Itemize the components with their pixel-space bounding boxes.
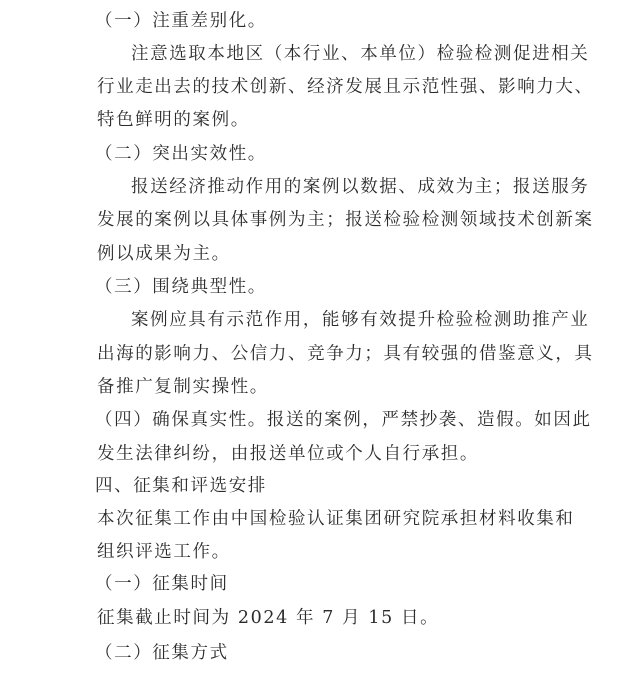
subsection-heading-collection-time: （一）征集时间 bbox=[95, 572, 229, 596]
paragraph-line: 报送经济推动作用的案例以数据、成效为主；报送服务 bbox=[131, 175, 589, 199]
paragraph-line: 行业走出去的技术创新、经济发展且示范性强、影响力大、 bbox=[97, 75, 594, 99]
section-heading-2-effectiveness: （二）突出实效性。 bbox=[95, 142, 267, 166]
paragraph-line: 出海的影响力、公信力、竞争力；具有较强的借鉴意义，具 bbox=[97, 342, 594, 366]
paragraph-line: 备推广复制实操性。 bbox=[97, 375, 269, 399]
deadline-text: 征集截止时间为 2024 年 7 月 15 日。 bbox=[97, 606, 439, 630]
paragraph-line: 组织评选工作。 bbox=[97, 540, 231, 564]
paragraph-line: 注意选取本地区（本行业、本单位）检验检测促进相关 bbox=[131, 42, 589, 66]
document-page: （一）注重差别化。 注意选取本地区（本行业、本单位）检验检测促进相关 行业走出去… bbox=[0, 0, 630, 678]
paragraph-line: 本次征集工作由中国检验认证集团研究院承担材料收集和 bbox=[97, 507, 575, 531]
paragraph-line: 例以成果为主。 bbox=[97, 242, 231, 266]
section-heading-4-authenticity: （四）确保真实性。报送的案例，严禁抄袭、造假。如因此 bbox=[95, 408, 592, 432]
subsection-heading-collection-method: （二）征集方式 bbox=[95, 641, 229, 665]
section-heading-1-differentiation: （一）注重差别化。 bbox=[95, 9, 267, 33]
chapter-heading-collection-arrangement: 四、征集和评选安排 bbox=[95, 474, 267, 498]
paragraph-line: 发展的案例以具体事例为主；报送检验检测领域技术创新案 bbox=[97, 208, 594, 232]
section-heading-3-typicality: （三）围绕典型性。 bbox=[95, 275, 267, 299]
paragraph-line: 特色鲜明的案例。 bbox=[97, 108, 250, 132]
paragraph-line: 案例应具有示范作用，能够有效提升检验检测助推产业 bbox=[131, 308, 589, 332]
paragraph-line: 发生法律纠纷，由报送单位或个人自行承担。 bbox=[97, 442, 479, 466]
